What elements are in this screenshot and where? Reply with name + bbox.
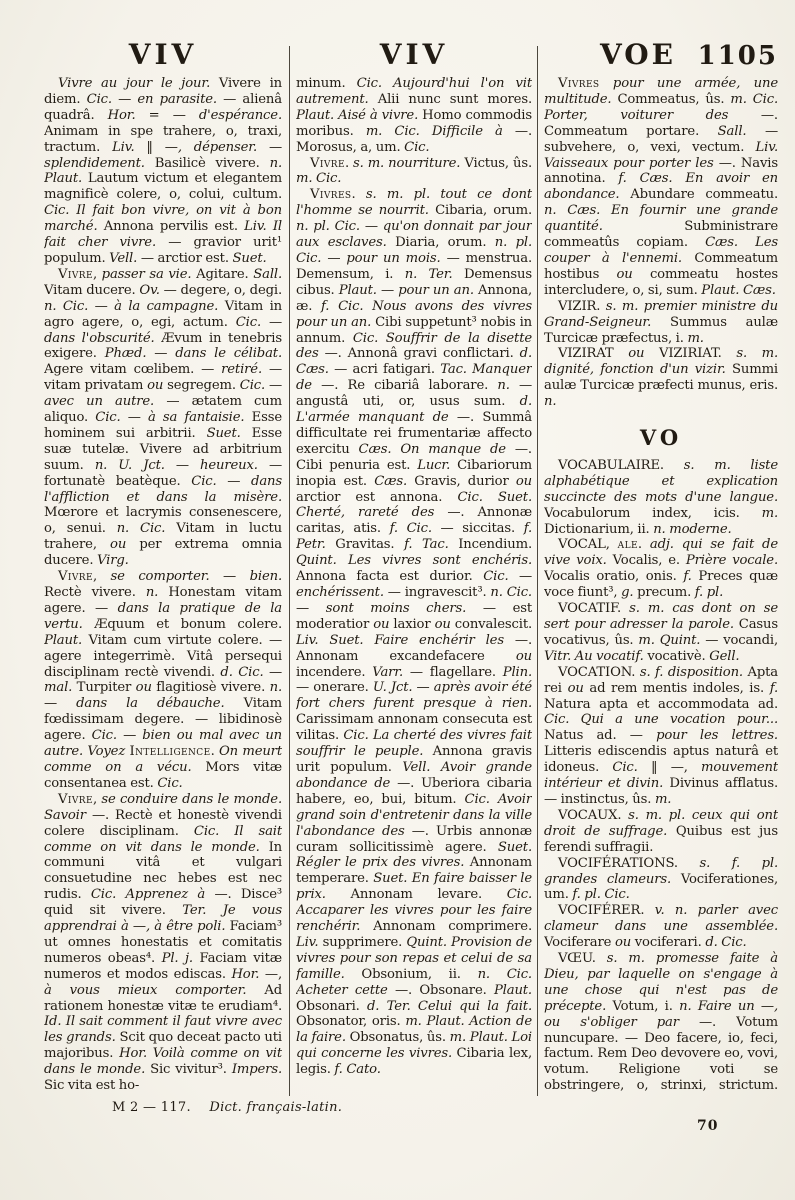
dictionary-paragraph: VIZIR. s. m. premier ministre du Grand-S… [544,299,778,347]
text-column-2: minum. Cic. Aujourd'hui l'on vit autreme… [296,76,532,1094]
running-head-right-word: VOE [600,38,676,71]
text-column-1: Vivre au jour le jour. Vivere in diem. C… [44,76,282,1094]
footer-page-number: 70 [697,1118,718,1134]
dictionary-paragraph: VOCABULAIRE. s. m. liste alphabétique et… [544,458,778,538]
running-head-center: VIV [296,38,532,71]
dictionary-paragraph: VŒU. s. m. promesse faite à Dieu, par la… [544,951,778,1094]
dictionary-paragraph: Vivre. s. m. nourriture. Victus, ûs. m. … [296,156,532,188]
dictionary-paragraph: Vivres pour une armée, une multitude. Co… [544,76,778,299]
section-heading-vo: VO [544,430,778,446]
page-number-top: 1105 [698,41,778,71]
dictionary-paragraph: VOCAUX. s. m. pl. ceux qui ont droit de … [544,808,778,856]
dictionary-paragraph: minum. Cic. Aujourd'hui l'on vit autreme… [296,76,532,156]
dictionary-paragraph: VOCIFÉRER. v. n. parler avec clameur dan… [544,903,778,951]
footer-line: M 2 — 117. Dict. français-latin. [112,1100,342,1115]
dictionary-paragraph: VOCATION. s. f. disposition. Apta rei ou… [544,665,778,808]
running-head-left: VIV [44,38,282,71]
column-divider-left [289,46,290,1096]
dictionary-paragraph: VOCAL, ale. adj. qui se fait de vive voi… [544,537,778,601]
dictionary-paragraph: Vivre, se comporter. — bien. Rectè viver… [44,569,282,792]
dictionary-paragraph: VOCATIF. s. m. cas dont on se sert pour … [544,601,778,665]
dictionary-paragraph: Vivres. s. m. pl. tout ce dont l'homme s… [296,187,532,1078]
running-head-right: VOE 1105 [544,38,778,71]
dictionary-paragraph: VIZIRAT ou VIZIRIAT. s. m. dignité, fonc… [544,346,778,410]
dictionary-paragraph: VOCIFÉRATIONS. s. f. pl. grandes clameur… [544,856,778,904]
dictionary-paragraph: Vivre, passer sa vie. Agitare. Sall. Vit… [44,267,282,569]
dictionary-page: VIV VIV VOE 1105 Vivre au jour le jour. … [0,0,795,1200]
dictionary-paragraph: Vivre au jour le jour. Vivere in diem. C… [44,76,282,267]
dictionary-paragraph: Vivre, se conduire dans le monde. Savoir… [44,792,282,1094]
footer-work-title: Dict. français-latin. [209,1100,342,1115]
footer-signature: M 2 — 117. [112,1100,191,1115]
column-divider-right [537,46,538,1096]
text-column-3: Vivres pour une armée, une multitude. Co… [544,76,778,1094]
